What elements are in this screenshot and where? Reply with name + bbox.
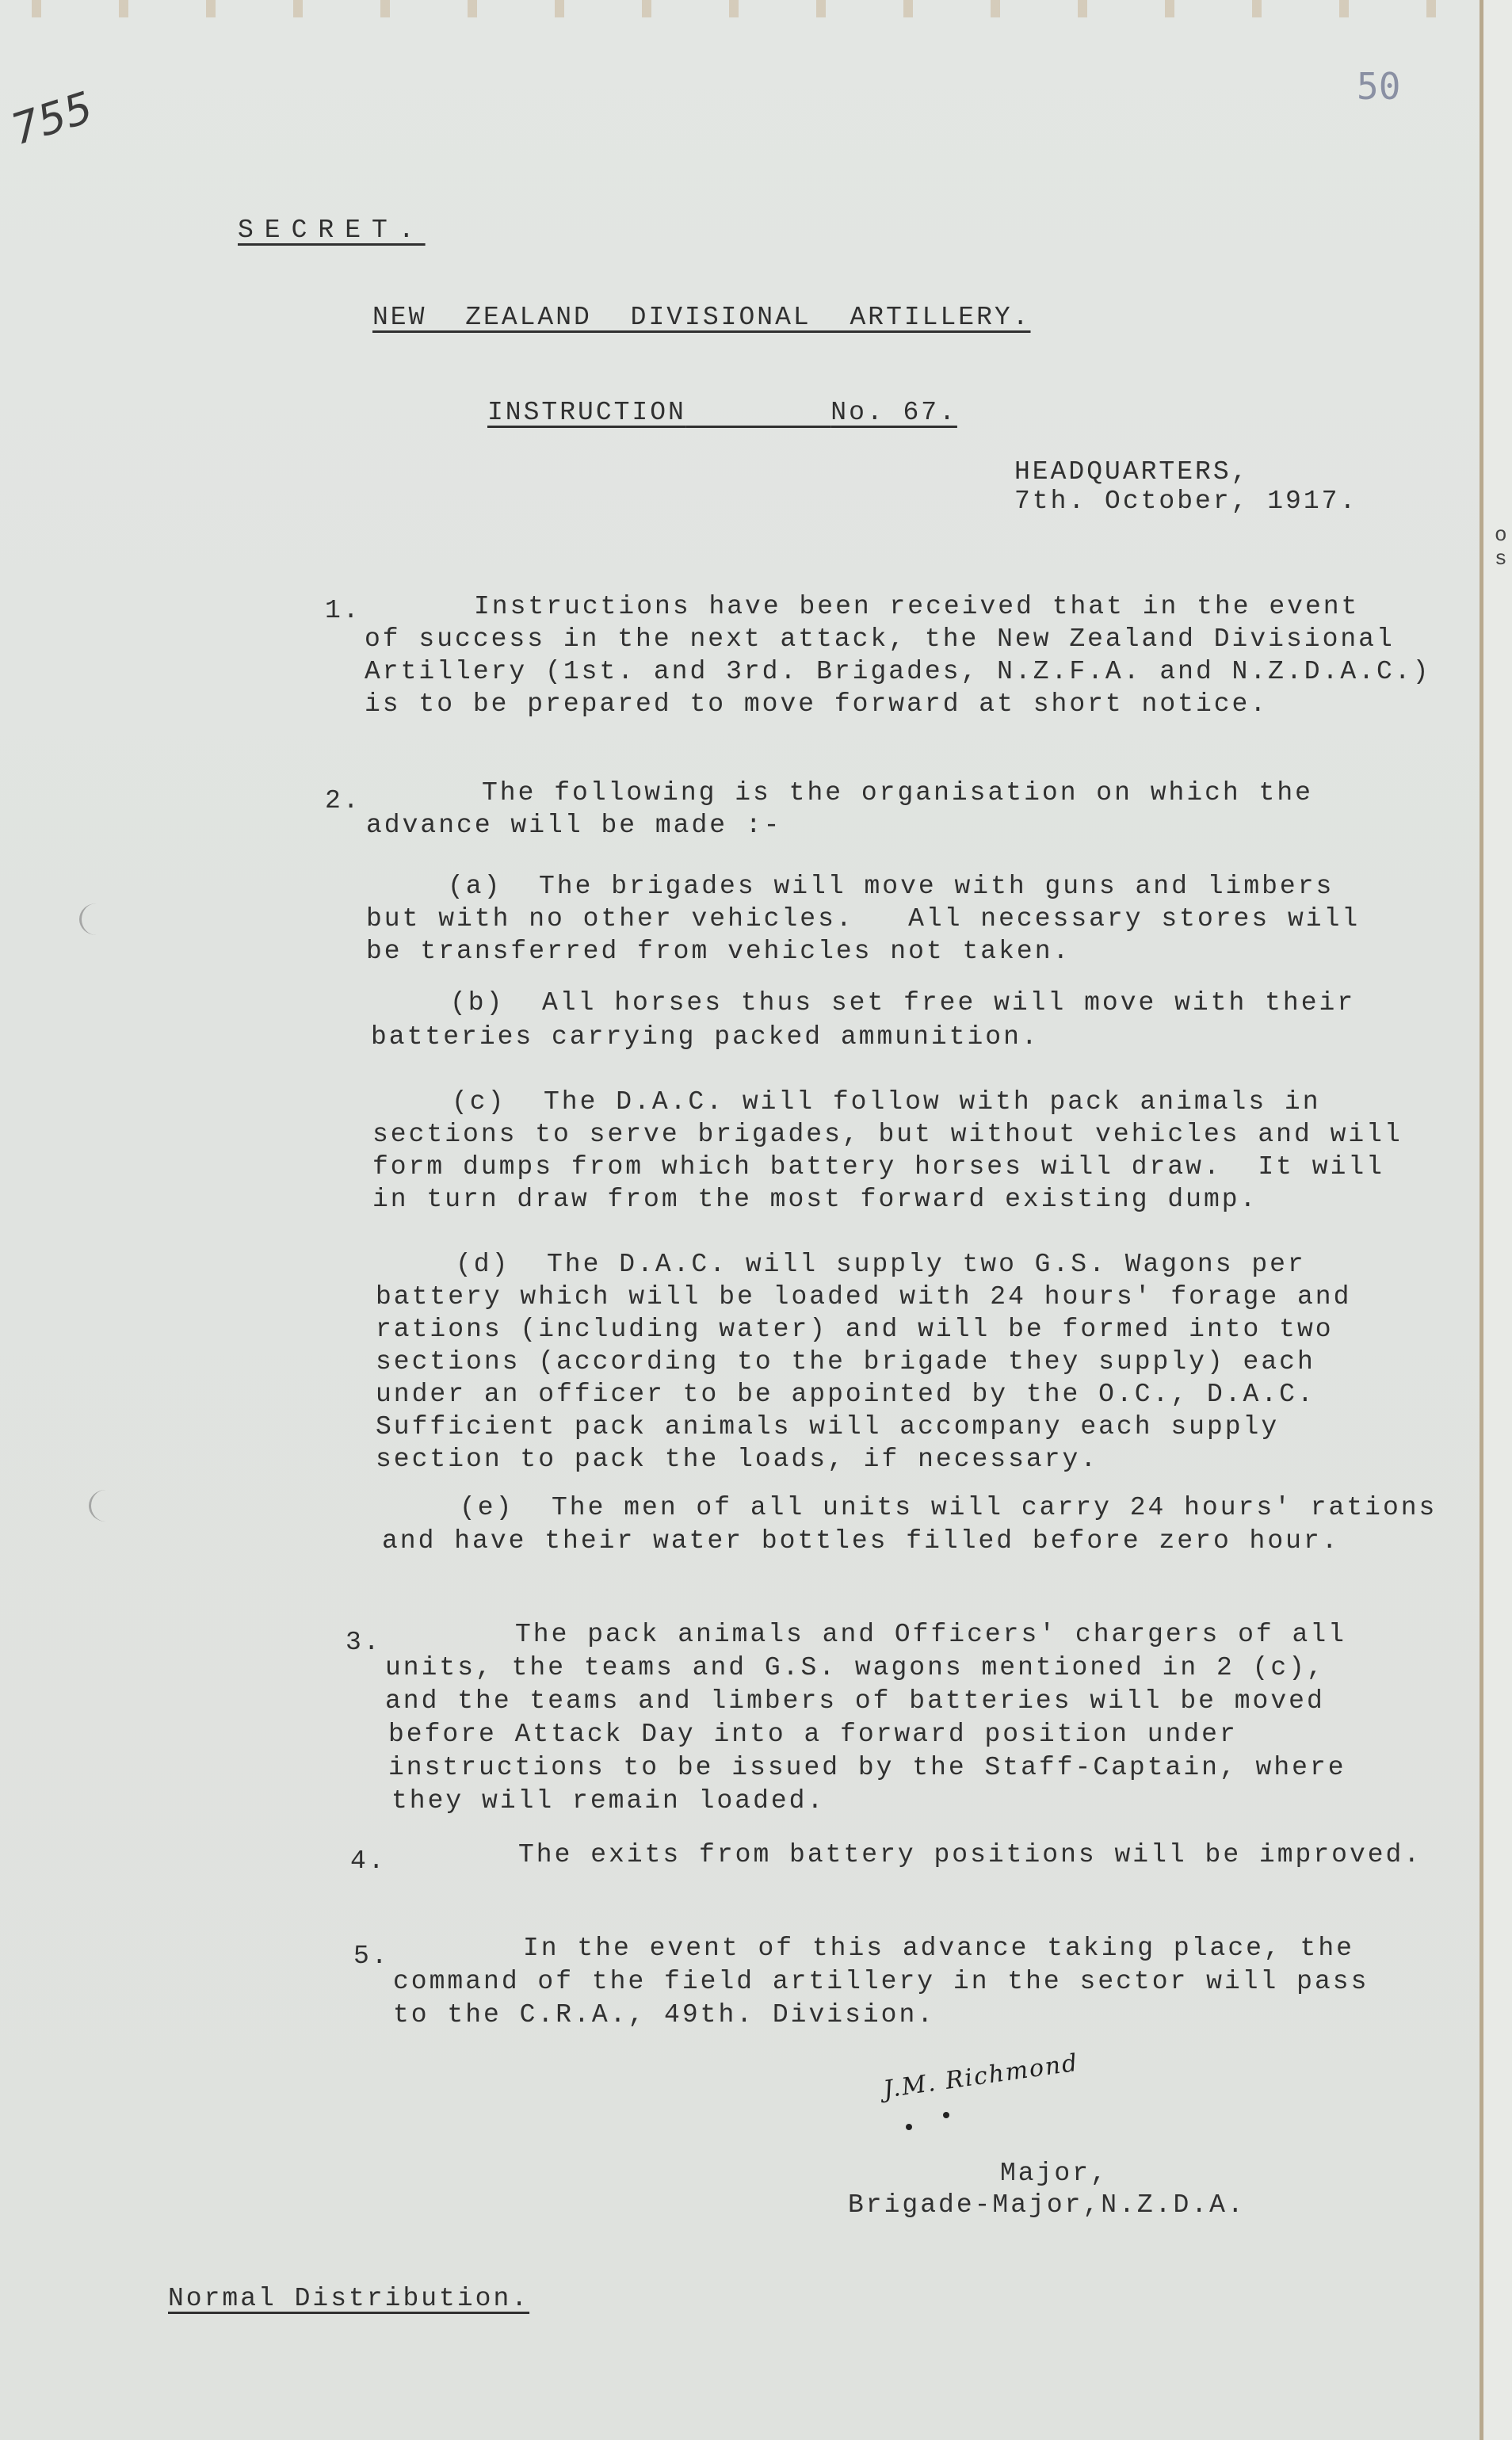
paragraph-line: sections to serve brigades, but without … [372,1118,1403,1151]
paragraph-line: Sufficient pack animals will accompany e… [376,1411,1279,1443]
paragraph-line: The men of all units will carry 24 hours… [552,1491,1437,1524]
paragraph-line: in turn draw from the most forward exist… [372,1183,1258,1216]
paragraph-line: The pack animals and Officers' chargers … [515,1618,1346,1651]
binder-hole-mark [89,1490,123,1522]
paragraph-line: section to pack the loads, if necessary. [376,1443,1098,1476]
handwritten-signature: J.M. Richmond [882,2049,1081,2104]
location-line: HEADQUARTERS, [1014,456,1249,488]
paragraph-line: and the teams and limbers of batteries w… [385,1685,1325,1717]
instruction-title: INSTRUCTION [487,398,686,427]
paragraph-line: to the C.R.A., 49th. Division. [393,1999,935,2031]
page-number-stamp: 50 [1357,65,1400,108]
paragraph-line: they will remain loaded. [391,1785,825,1817]
paragraph-line: In the event of this advance taking plac… [523,1932,1354,1965]
paragraph-line: units, the teams and G.S. wagons mention… [385,1651,1325,1684]
paragraph-line: command of the field artillery in the se… [393,1965,1369,1998]
paragraph-number: 4. [350,1845,387,1877]
subparagraph-label: (e) [460,1491,514,1524]
paragraph-line: is to be prepared to move forward at sho… [365,688,1268,720]
paragraph-line: rations (including water) and will be fo… [376,1313,1334,1346]
classification-heading: SECRET. [238,214,426,246]
subparagraph-label: (a) [448,870,502,903]
paragraph-number: 3. [346,1626,382,1659]
paragraph-line: instructions to be issued by the Staff-C… [388,1751,1346,1784]
underlying-page-text-fragment: o [1495,523,1507,547]
paragraph-line: The D.A.C. will supply two G.S. Wagons p… [547,1248,1306,1281]
instruction-number: No. 67. [830,398,957,427]
subparagraph-label: (b) [450,987,504,1019]
underlying-page-text-fragment: s [1495,547,1507,571]
paragraph-line: sections (according to the brigade they … [376,1346,1315,1378]
binder-hole-mark [79,903,113,935]
instruction-heading: INSTRUCTION No. 67. [487,396,957,429]
paragraph-line: advance will be made :- [366,809,781,842]
underlying-page-edge: o s [1483,0,1512,2440]
paragraph-line: Artillery (1st. and 3rd. Brigades, N.Z.F… [365,655,1430,688]
archive-number: 755 [6,82,99,155]
document-page: 755 50 SECRET. NEW ZEALAND DIVISIONAL AR… [0,0,1483,2440]
distribution-note: Normal Distribution. [168,2282,529,2315]
paragraph-line: but with no other vehicles. All necessar… [366,903,1360,935]
paragraph-number: 2. [325,785,361,817]
paragraph-line: The exits from battery positions will be… [518,1839,1422,1871]
paragraph-line: All horses thus set free will move with … [542,987,1355,1019]
paragraph-line: of success in the next attack, the New Z… [365,623,1395,655]
paragraph-line: Instructions have been received that in … [474,590,1359,623]
paragraph-line: The following is the organisation on whi… [482,777,1313,809]
ink-dot [906,2124,912,2130]
paragraph-line: before Attack Day into a forward positio… [388,1718,1238,1751]
paragraph-line: battery which will be loaded with 24 hou… [376,1281,1351,1313]
paragraph-number: 5. [353,1940,390,1972]
paragraph-line: under an officer to be appointed by the … [376,1378,1315,1411]
paragraph-line: The brigades will move with guns and lim… [539,870,1334,903]
paragraph-number: 1. [325,594,361,627]
signatory-title: Brigade-Major,N.Z.D.A. [848,2189,1246,2221]
paragraph-line: and have their water bottles filled befo… [382,1525,1340,1557]
paragraph-line: be transferred from vehicles not taken. [366,935,1071,968]
subparagraph-label: (c) [452,1086,506,1118]
organisation-heading: NEW ZEALAND DIVISIONAL ARTILLERY. [372,301,1031,334]
paragraph-line: form dumps from which battery horses wil… [372,1151,1384,1183]
subparagraph-label: (d) [456,1248,510,1281]
date-line: 7th. October, 1917. [1014,485,1357,517]
signatory-rank: Major, [1000,2157,1109,2190]
paragraph-line: batteries carrying packed ammunition. [371,1021,1040,1053]
paragraph-line: The D.A.C. will follow with pack animals… [544,1086,1321,1118]
ink-dot [943,2112,949,2118]
